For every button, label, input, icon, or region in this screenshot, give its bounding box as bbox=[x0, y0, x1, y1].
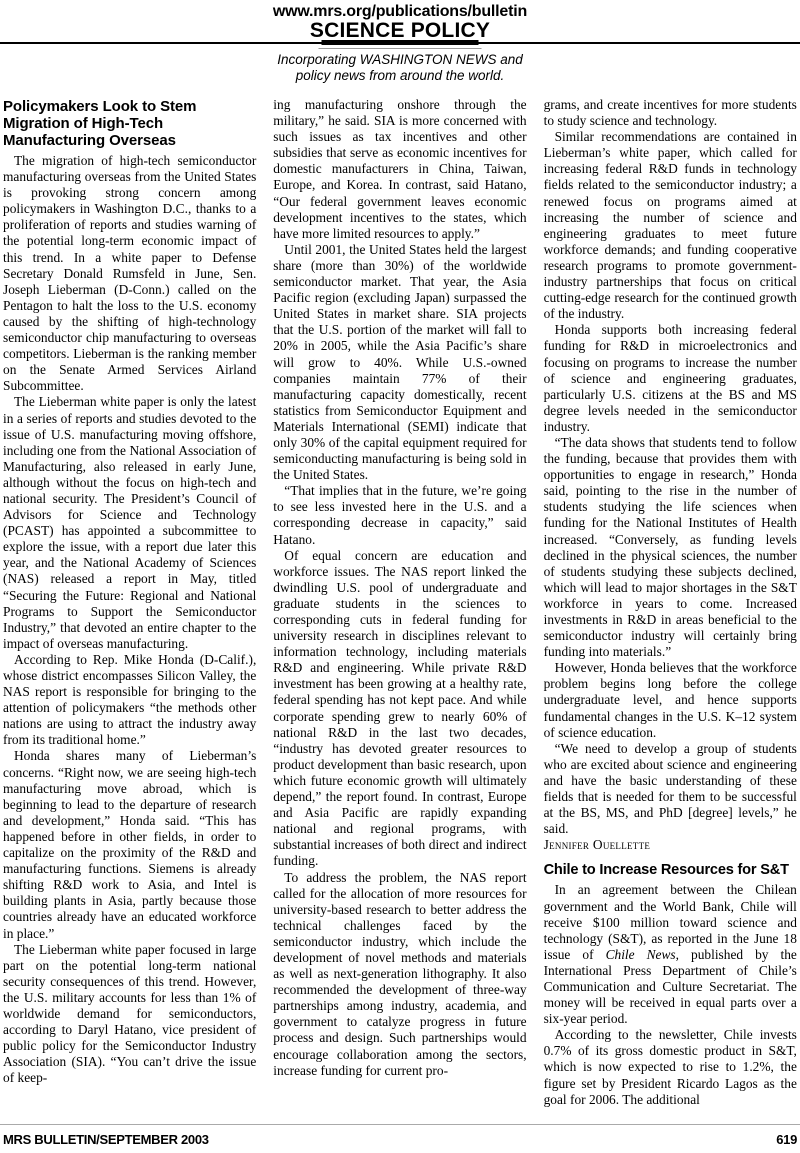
paragraph: Until 2001, the United States held the l… bbox=[273, 242, 526, 483]
paragraph: Honda shares many of Lieberman’s concern… bbox=[3, 748, 256, 941]
article-body: Policymakers Look to Stem Migration of H… bbox=[3, 97, 797, 1119]
column-3: grams, and create incentives for more st… bbox=[544, 97, 797, 1119]
paragraph-continuation: grams, and create incentives for more st… bbox=[544, 97, 797, 129]
footer: MRS BULLETIN/SEPTEMBER 2003 619 bbox=[3, 1132, 797, 1147]
paragraph: “The data shows that students tend to fo… bbox=[544, 435, 797, 660]
article-1-title: Policymakers Look to Stem Migration of H… bbox=[3, 98, 256, 149]
article-2-title: Chile to Increase Resources for S&T bbox=[544, 862, 797, 879]
paragraph: According to the newsletter, Chile inves… bbox=[544, 1027, 797, 1107]
column-1: Policymakers Look to Stem Migration of H… bbox=[3, 97, 256, 1119]
paragraph: However, Honda believes that the workfor… bbox=[544, 660, 797, 740]
paragraph: “That implies that in the future, we’re … bbox=[273, 483, 526, 547]
section-title-bar bbox=[322, 40, 479, 45]
paragraph: Honda supports both increasing federal f… bbox=[544, 322, 797, 435]
magazine-page: www.mrs.org/publications/bulletin SCIENC… bbox=[0, 0, 800, 1153]
paragraph: The migration of high-tech semiconductor… bbox=[3, 153, 256, 394]
tagline-line-1: Incorporating WASHINGTON NEWS and bbox=[0, 52, 800, 68]
column-2: ing manufacturing onshore through the mi… bbox=[273, 97, 526, 1119]
paragraph: Similar recommendations are contained in… bbox=[544, 129, 797, 322]
paragraph: In an agreement between the Chilean gove… bbox=[544, 882, 797, 1027]
tagline-line-2: policy news from around the world. bbox=[0, 68, 800, 84]
publication-name-italic: Chile News bbox=[606, 947, 676, 962]
author-byline: Jennifer Ouellette bbox=[544, 837, 797, 853]
paragraph: Of equal concern are education and workf… bbox=[273, 548, 526, 870]
section-title-bar-underline bbox=[319, 48, 482, 49]
paragraph: To address the problem, the NAS report c… bbox=[273, 870, 526, 1079]
paragraph: “We need to develop a group of students … bbox=[544, 741, 797, 838]
footer-page-number: 619 bbox=[776, 1132, 797, 1147]
paragraph: The Lieberman white paper is only the la… bbox=[3, 394, 256, 652]
section-tagline: Incorporating WASHINGTON NEWS and policy… bbox=[0, 52, 800, 83]
footer-rule bbox=[0, 1124, 800, 1125]
paragraph-continuation: ing manufacturing onshore through the mi… bbox=[273, 97, 526, 242]
paragraph: According to Rep. Mike Honda (D-Calif.),… bbox=[3, 652, 256, 749]
footer-journal-issue: MRS BULLETIN/SEPTEMBER 2003 bbox=[3, 1132, 209, 1147]
paragraph: The Lieberman white paper focused in lar… bbox=[3, 942, 256, 1087]
